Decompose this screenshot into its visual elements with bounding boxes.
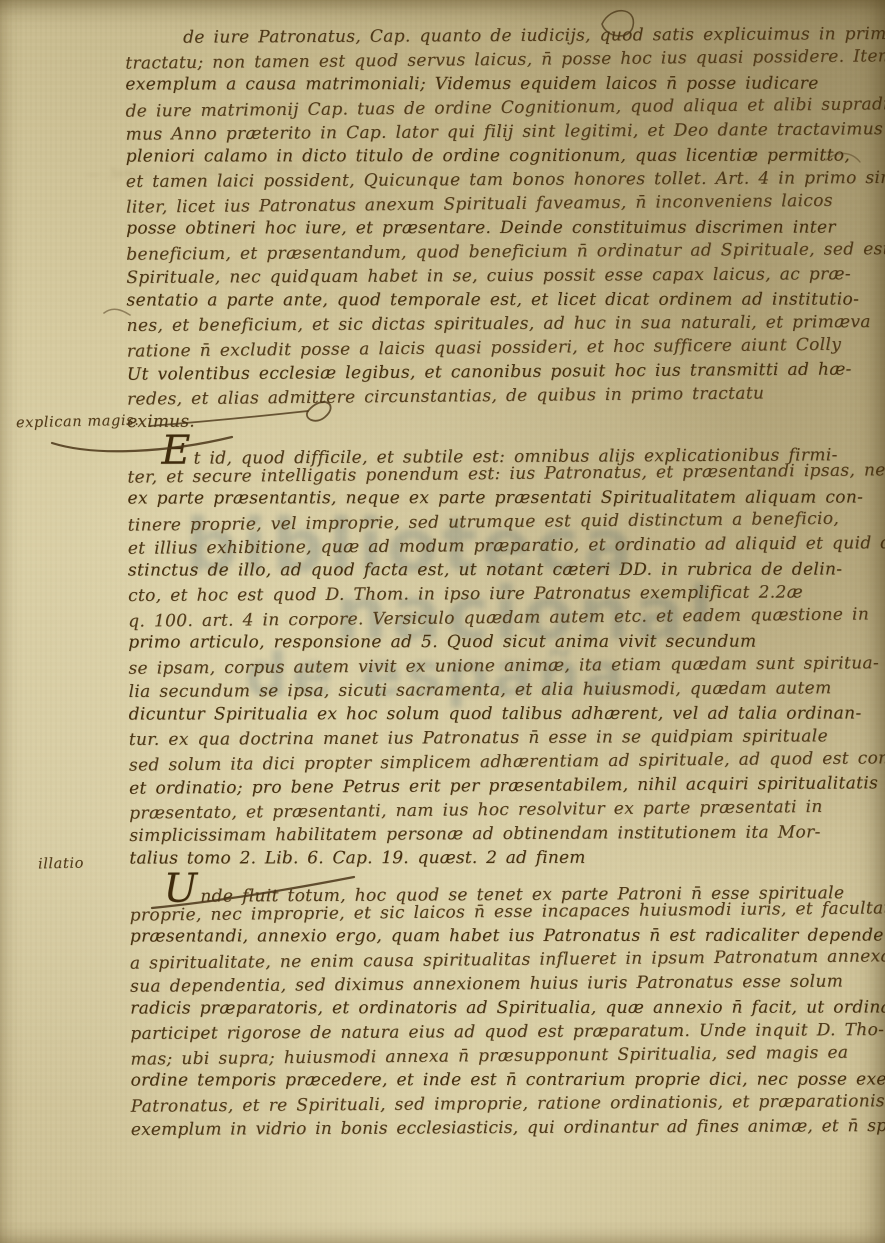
paragraph: Unde fluit totum, hoc quod se tenet ex p… [130,874,883,1142]
manuscript-line: lia secundum se ipsa, sicuti sacramenta,… [128,676,880,704]
manuscript-line: sentatio a parte ante, quod temporale es… [126,287,878,312]
margin-note-illatio: illatio [38,856,84,873]
manuscript-line: mus Anno præterito in Cap. lator qui fil… [126,117,878,147]
manuscript-line: Spirituale, nec quidquam habet in se, cu… [126,262,878,290]
manuscript-line: radicis præparatoris, et ordinatoris ad … [130,995,882,1020]
manuscript-line: exemplum in vidrio in bonis ecclesiastic… [131,1114,883,1142]
margin-note-text: explican magis. [16,413,140,432]
manuscript-line: pleniori calamo in dicto titulo de ordin… [126,143,878,168]
paragraph: de iure Patronatus, Cap. quanto de iudic… [125,22,879,434]
manuscript-line: talius tomo 2. Lib. 6. Cap. 19. quæst. 2… [129,845,881,870]
manuscript-line: stinctus de illo, ad quod facta est, ut … [128,557,880,582]
paragraph: Et id, quod difficile, et subtile est: o… [127,436,881,872]
manuscript-line: ordine temporis præcedere, et inde est n… [131,1067,883,1092]
manuscript-text-block: de iure Patronatus, Cap. quanto de iudic… [125,22,883,1148]
margin-note-text: illatio [38,856,84,873]
manuscript-line: sua dependentia, sed diximus annexionem … [130,969,882,999]
manuscript-line: posse obtineri hoc iure, et præsentare. … [126,215,878,240]
manuscript-line: et illius exhibitione, quæ ad modum præp… [128,531,880,561]
margin-note-explican-magis: explican magis. [16,413,140,432]
manuscript-line: primo articulo, responsione ad 5. Quod s… [128,629,880,654]
manuscript-line: dicuntur Spiritualia ex hoc solum quod t… [129,701,881,726]
